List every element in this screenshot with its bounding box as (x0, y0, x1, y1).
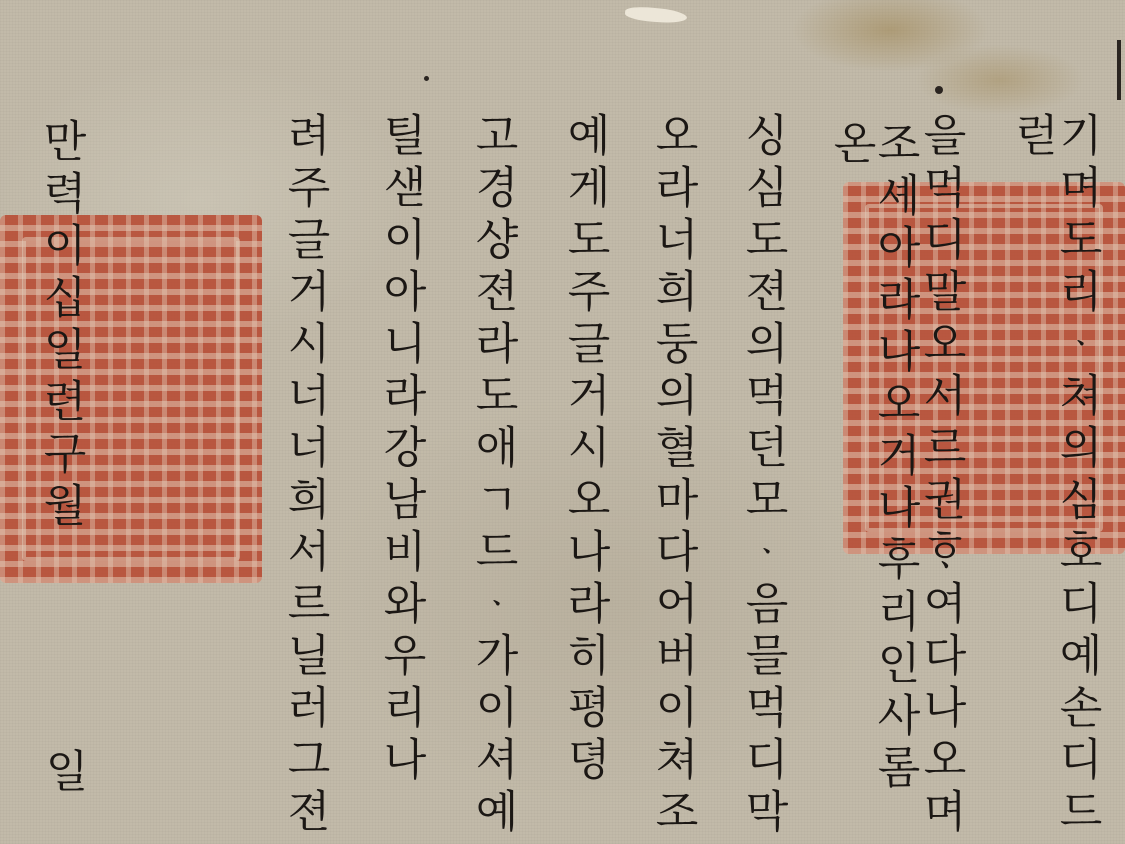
text-column-4: 싱심도젼의먹던모ᆞ음믈먹디막 (740, 112, 784, 840)
text-column-6: 예게도주글거시오나라히평뎡 (562, 112, 606, 788)
date-column: 만력이십일련구월 (38, 118, 82, 534)
text-column-3: 조셰아라나오거나후리인사롬온 (828, 120, 916, 844)
date-day-suffix: 일 (40, 748, 84, 800)
text-column-1: 기며도리ᆞ쳐의심호디예손디드럳 (1010, 112, 1098, 844)
text-column-2: 을먹디말오서르권ᄒᆞ여다나오며 (918, 112, 962, 840)
ink-dot (935, 86, 943, 94)
text-column-5: 오라너희둥의혈마다어버이쳐조 (650, 112, 694, 840)
text-column-8: 틸샏이아니라강남비와우리나 (378, 112, 422, 788)
edge-ink-mark (1117, 40, 1121, 100)
ink-dot (424, 76, 429, 81)
text-column-7: 고경샹젼라도애ㄱ드ᆞ가이셔예 (470, 112, 514, 840)
text-column-9: 려주글거시너너희서르닐러그젼 (282, 112, 326, 840)
